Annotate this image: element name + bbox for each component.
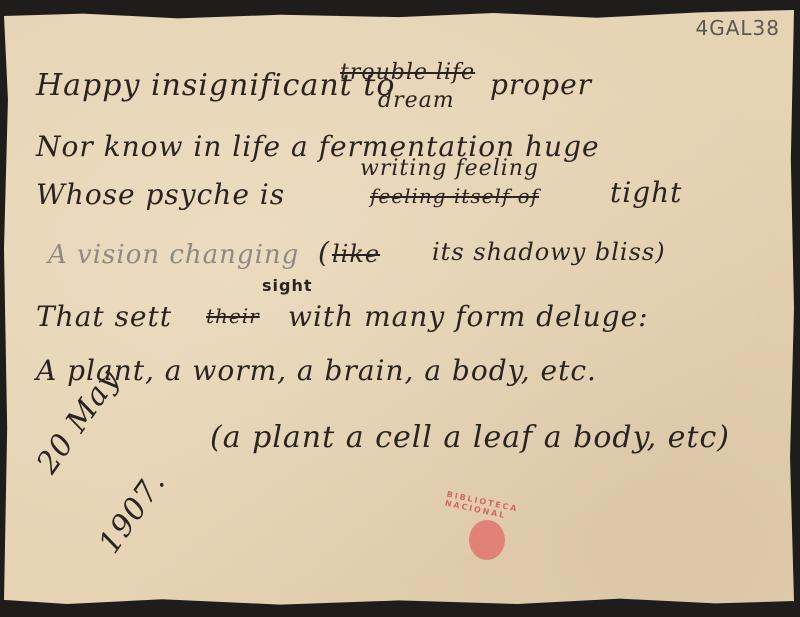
line-1-insert: dream <box>378 88 455 113</box>
line-3-struck: feeling itself of <box>370 184 539 208</box>
line-5-struck: their <box>206 304 260 328</box>
line-7-text: (a plant a cell a leaf a body, etc) <box>210 420 730 455</box>
line-3-text: Whose psyche is <box>36 178 285 211</box>
line-1-text-after: proper <box>490 68 592 101</box>
line-5-text-after: with many form deluge: <box>288 300 649 333</box>
line-5-text: That sett <box>36 300 172 333</box>
line-4-open: ( <box>318 236 330 269</box>
shelfmark: 4GAL38 <box>696 16 781 40</box>
line-1-struck: trouble life <box>340 60 475 85</box>
line-4-pencil: A vision changing <box>48 240 299 270</box>
library-stamp: BIBLIOTECA NACIONAL <box>447 500 527 570</box>
line-5-insert: sight <box>262 276 313 295</box>
line-3-insert: writing feeling <box>360 156 539 181</box>
stamp-seal-icon <box>469 520 505 560</box>
line-3-text-after: tight <box>610 176 682 209</box>
line-4-text-after: its shadowy bliss) <box>432 238 666 266</box>
line-4-struck: like <box>332 240 380 268</box>
